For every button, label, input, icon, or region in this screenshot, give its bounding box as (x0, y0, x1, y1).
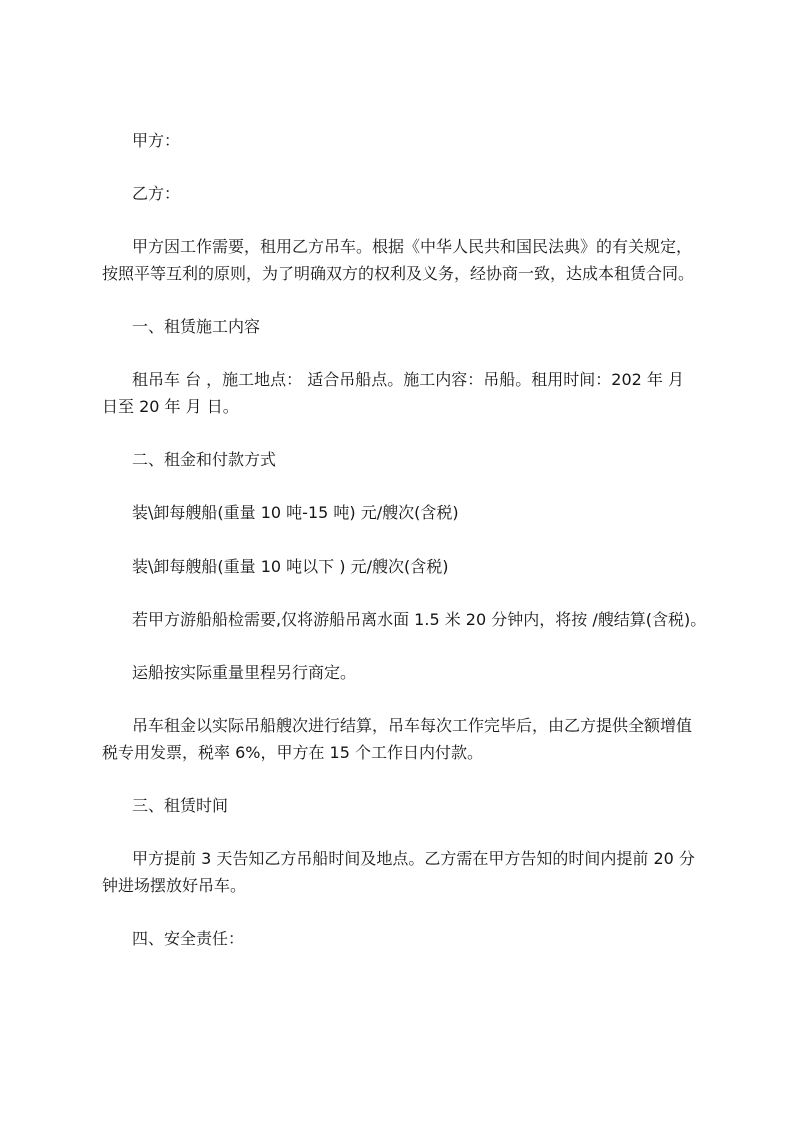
contract-body: 甲方： 乙方： 甲方因工作需要，租用乙方吊车。根据《中华人民共和国民法典》的有关… (102, 128, 722, 952)
document-page: 甲方： 乙方： 甲方因工作需要，租用乙方吊车。根据《中华人民共和国民法典》的有关… (0, 0, 793, 1122)
settlement-clause-line-1: 吊车租金以实际吊船艘次进行结算，吊车每次工作完毕后，由乙方提供全额增值 (102, 713, 722, 740)
section-2-heading-paragraph: 二、租金和付款方式 (102, 447, 722, 474)
section-2-heading: 二、租金和付款方式 (102, 447, 722, 474)
section-1-heading: 一、租赁施工内容 (102, 314, 722, 341)
section-1-clause-line-1: 租吊车 台 ，施工地点： 适合吊船点。施工内容：吊船。租用时间：202 年 月 (102, 367, 722, 394)
settlement-clause-paragraph: 吊车租金以实际吊船艘次进行结算，吊车每次工作完毕后，由乙方提供全额增值 税专用发… (102, 713, 722, 766)
party-a-line: 甲方： (102, 128, 722, 155)
section-4-heading: 四、安全责任： (102, 926, 722, 953)
party-a-paragraph: 甲方： (102, 128, 722, 155)
rate-clause-light-paragraph: 装\卸每艘船(重量 10 吨以下 ) 元/艘次(含税) (102, 554, 722, 581)
boat-inspection-clause-line: 若甲方游船船检需要,仅将游船吊离水面 1.5 米 20 分钟内，将按 /艘结算(… (102, 607, 722, 634)
party-b-paragraph: 乙方： (102, 181, 722, 208)
rate-clause-heavy-paragraph: 装\卸每艘船(重量 10 吨-15 吨) 元/艘次(含税) (102, 500, 722, 527)
boat-inspection-clause-paragraph: 若甲方游船船检需要,仅将游船吊离水面 1.5 米 20 分钟内，将按 /艘结算(… (102, 607, 722, 634)
settlement-clause-line-2: 税专用发票，税率 6%，甲方在 15 个工作日内付款。 (102, 740, 722, 767)
section-1-heading-paragraph: 一、租赁施工内容 (102, 314, 722, 341)
transport-clause-paragraph: 运船按实际重量里程另行商定。 (102, 660, 722, 687)
section-1-clause-line-2: 日至 20 年 月 日。 (102, 394, 722, 421)
transport-clause-line: 运船按实际重量里程另行商定。 (102, 660, 722, 687)
section-3-heading: 三、租赁时间 (102, 793, 722, 820)
rate-clause-heavy-line: 装\卸每艘船(重量 10 吨-15 吨) 元/艘次(含税) (102, 500, 722, 527)
section-3-heading-paragraph: 三、租赁时间 (102, 793, 722, 820)
notice-clause-line-1: 甲方提前 3 天告知乙方吊船时间及地点。乙方需在甲方告知的时间内提前 20 分 (102, 846, 722, 873)
preamble-line-2: 按照平等互利的原则，为了明确双方的权利及义务，经协商一致，达成本租赁合同。 (102, 261, 722, 288)
preamble-line-1: 甲方因工作需要，租用乙方吊车。根据《中华人民共和国民法典》的有关规定， (102, 234, 722, 261)
section-1-clause-paragraph: 租吊车 台 ，施工地点： 适合吊船点。施工内容：吊船。租用时间：202 年 月 … (102, 367, 722, 420)
section-4-heading-paragraph: 四、安全责任： (102, 926, 722, 953)
rate-clause-light-line: 装\卸每艘船(重量 10 吨以下 ) 元/艘次(含税) (102, 554, 722, 581)
notice-clause-line-2: 钟进场摆放好吊车。 (102, 873, 722, 900)
notice-clause-paragraph: 甲方提前 3 天告知乙方吊船时间及地点。乙方需在甲方告知的时间内提前 20 分 … (102, 846, 722, 899)
preamble-paragraph: 甲方因工作需要，租用乙方吊车。根据《中华人民共和国民法典》的有关规定， 按照平等… (102, 234, 722, 287)
party-b-line: 乙方： (102, 181, 722, 208)
